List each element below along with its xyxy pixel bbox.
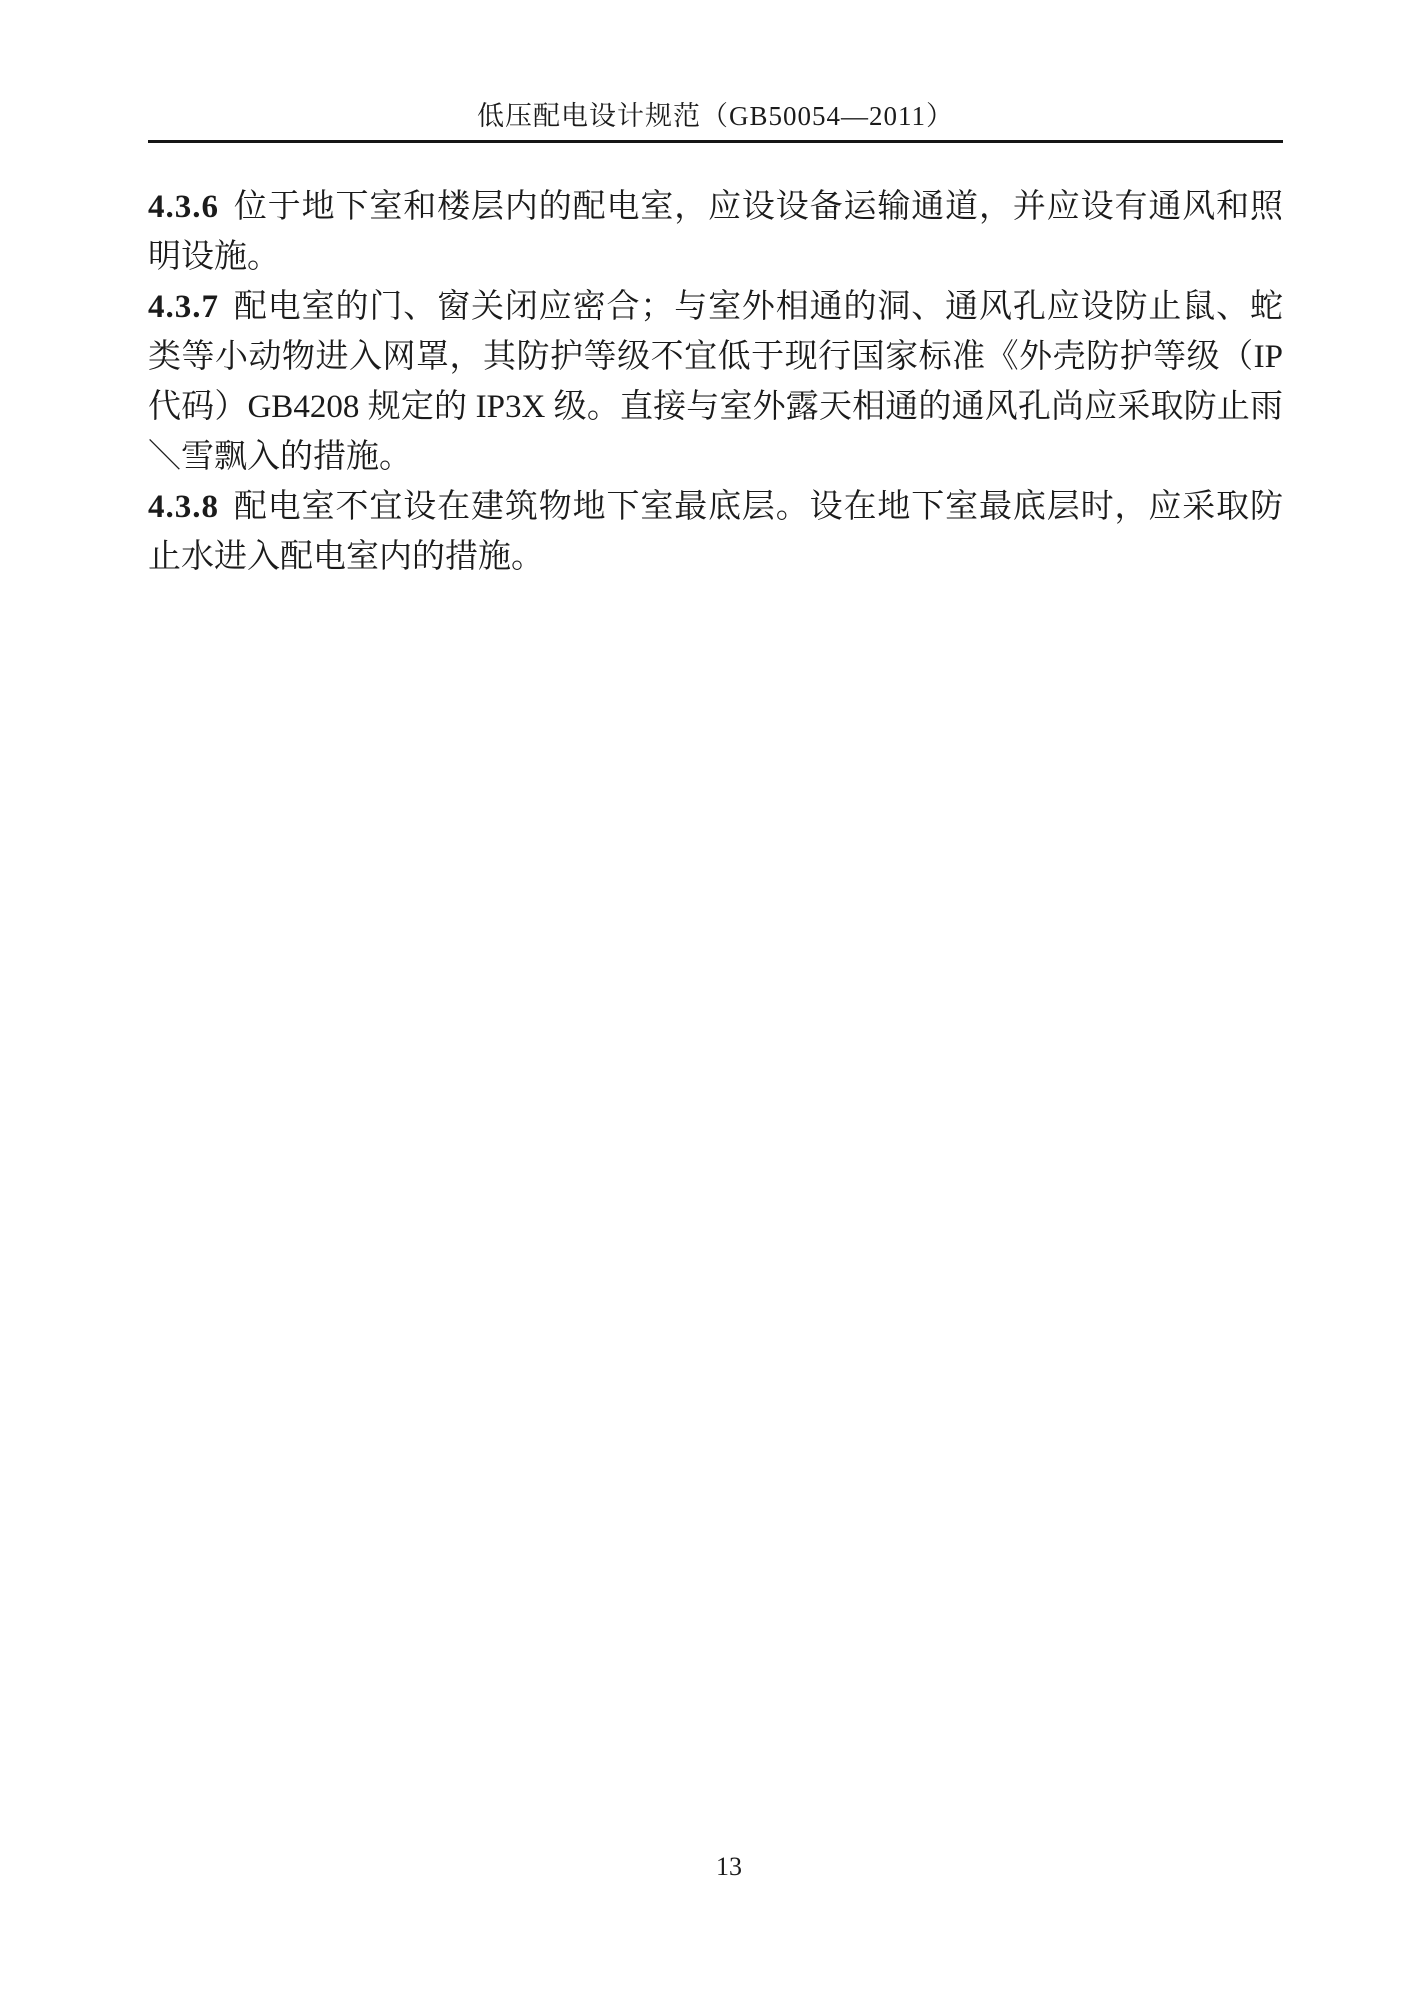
clause-number: 4.3.6 — [148, 189, 219, 225]
clause-number: 4.3.7 — [148, 289, 219, 325]
clause-4-3-8: 4.3.8配电室不宜设在建筑物地下室最底层。设在地下室最底层时，应采取防止水进入… — [148, 482, 1283, 582]
page-body: 4.3.6位于地下室和楼层内的配电室，应设设备运输通道，并应设有通风和照明设施。… — [148, 182, 1283, 582]
clause-number: 4.3.8 — [148, 489, 219, 525]
document-page: 低压配电设计规范（GB50054—2011） 4.3.6位于地下室和楼层内的配电… — [0, 0, 1414, 2000]
page-number: 13 — [716, 1852, 742, 1882]
clause-text: 配电室的门、窗关闭应密合；与室外相通的洞、通风孔应设防止鼠、蛇类等小动物进入网罩… — [148, 289, 1283, 475]
running-header: 低压配电设计规范（GB50054—2011） — [148, 94, 1283, 143]
clause-4-3-6: 4.3.6位于地下室和楼层内的配电室，应设设备运输通道，并应设有通风和照明设施。 — [148, 182, 1283, 282]
document-title: 低压配电设计规范（GB50054—2011） — [477, 101, 954, 131]
clause-text: 位于地下室和楼层内的配电室，应设设备运输通道，并应设有通风和照明设施。 — [148, 189, 1283, 275]
clause-4-3-7: 4.3.7配电室的门、窗关闭应密合；与室外相通的洞、通风孔应设防止鼠、蛇类等小动… — [148, 282, 1283, 482]
page-footer: 13 — [0, 1852, 1414, 1882]
clause-text: 配电室不宜设在建筑物地下室最底层。设在地下室最底层时，应采取防止水进入配电室内的… — [148, 489, 1283, 575]
